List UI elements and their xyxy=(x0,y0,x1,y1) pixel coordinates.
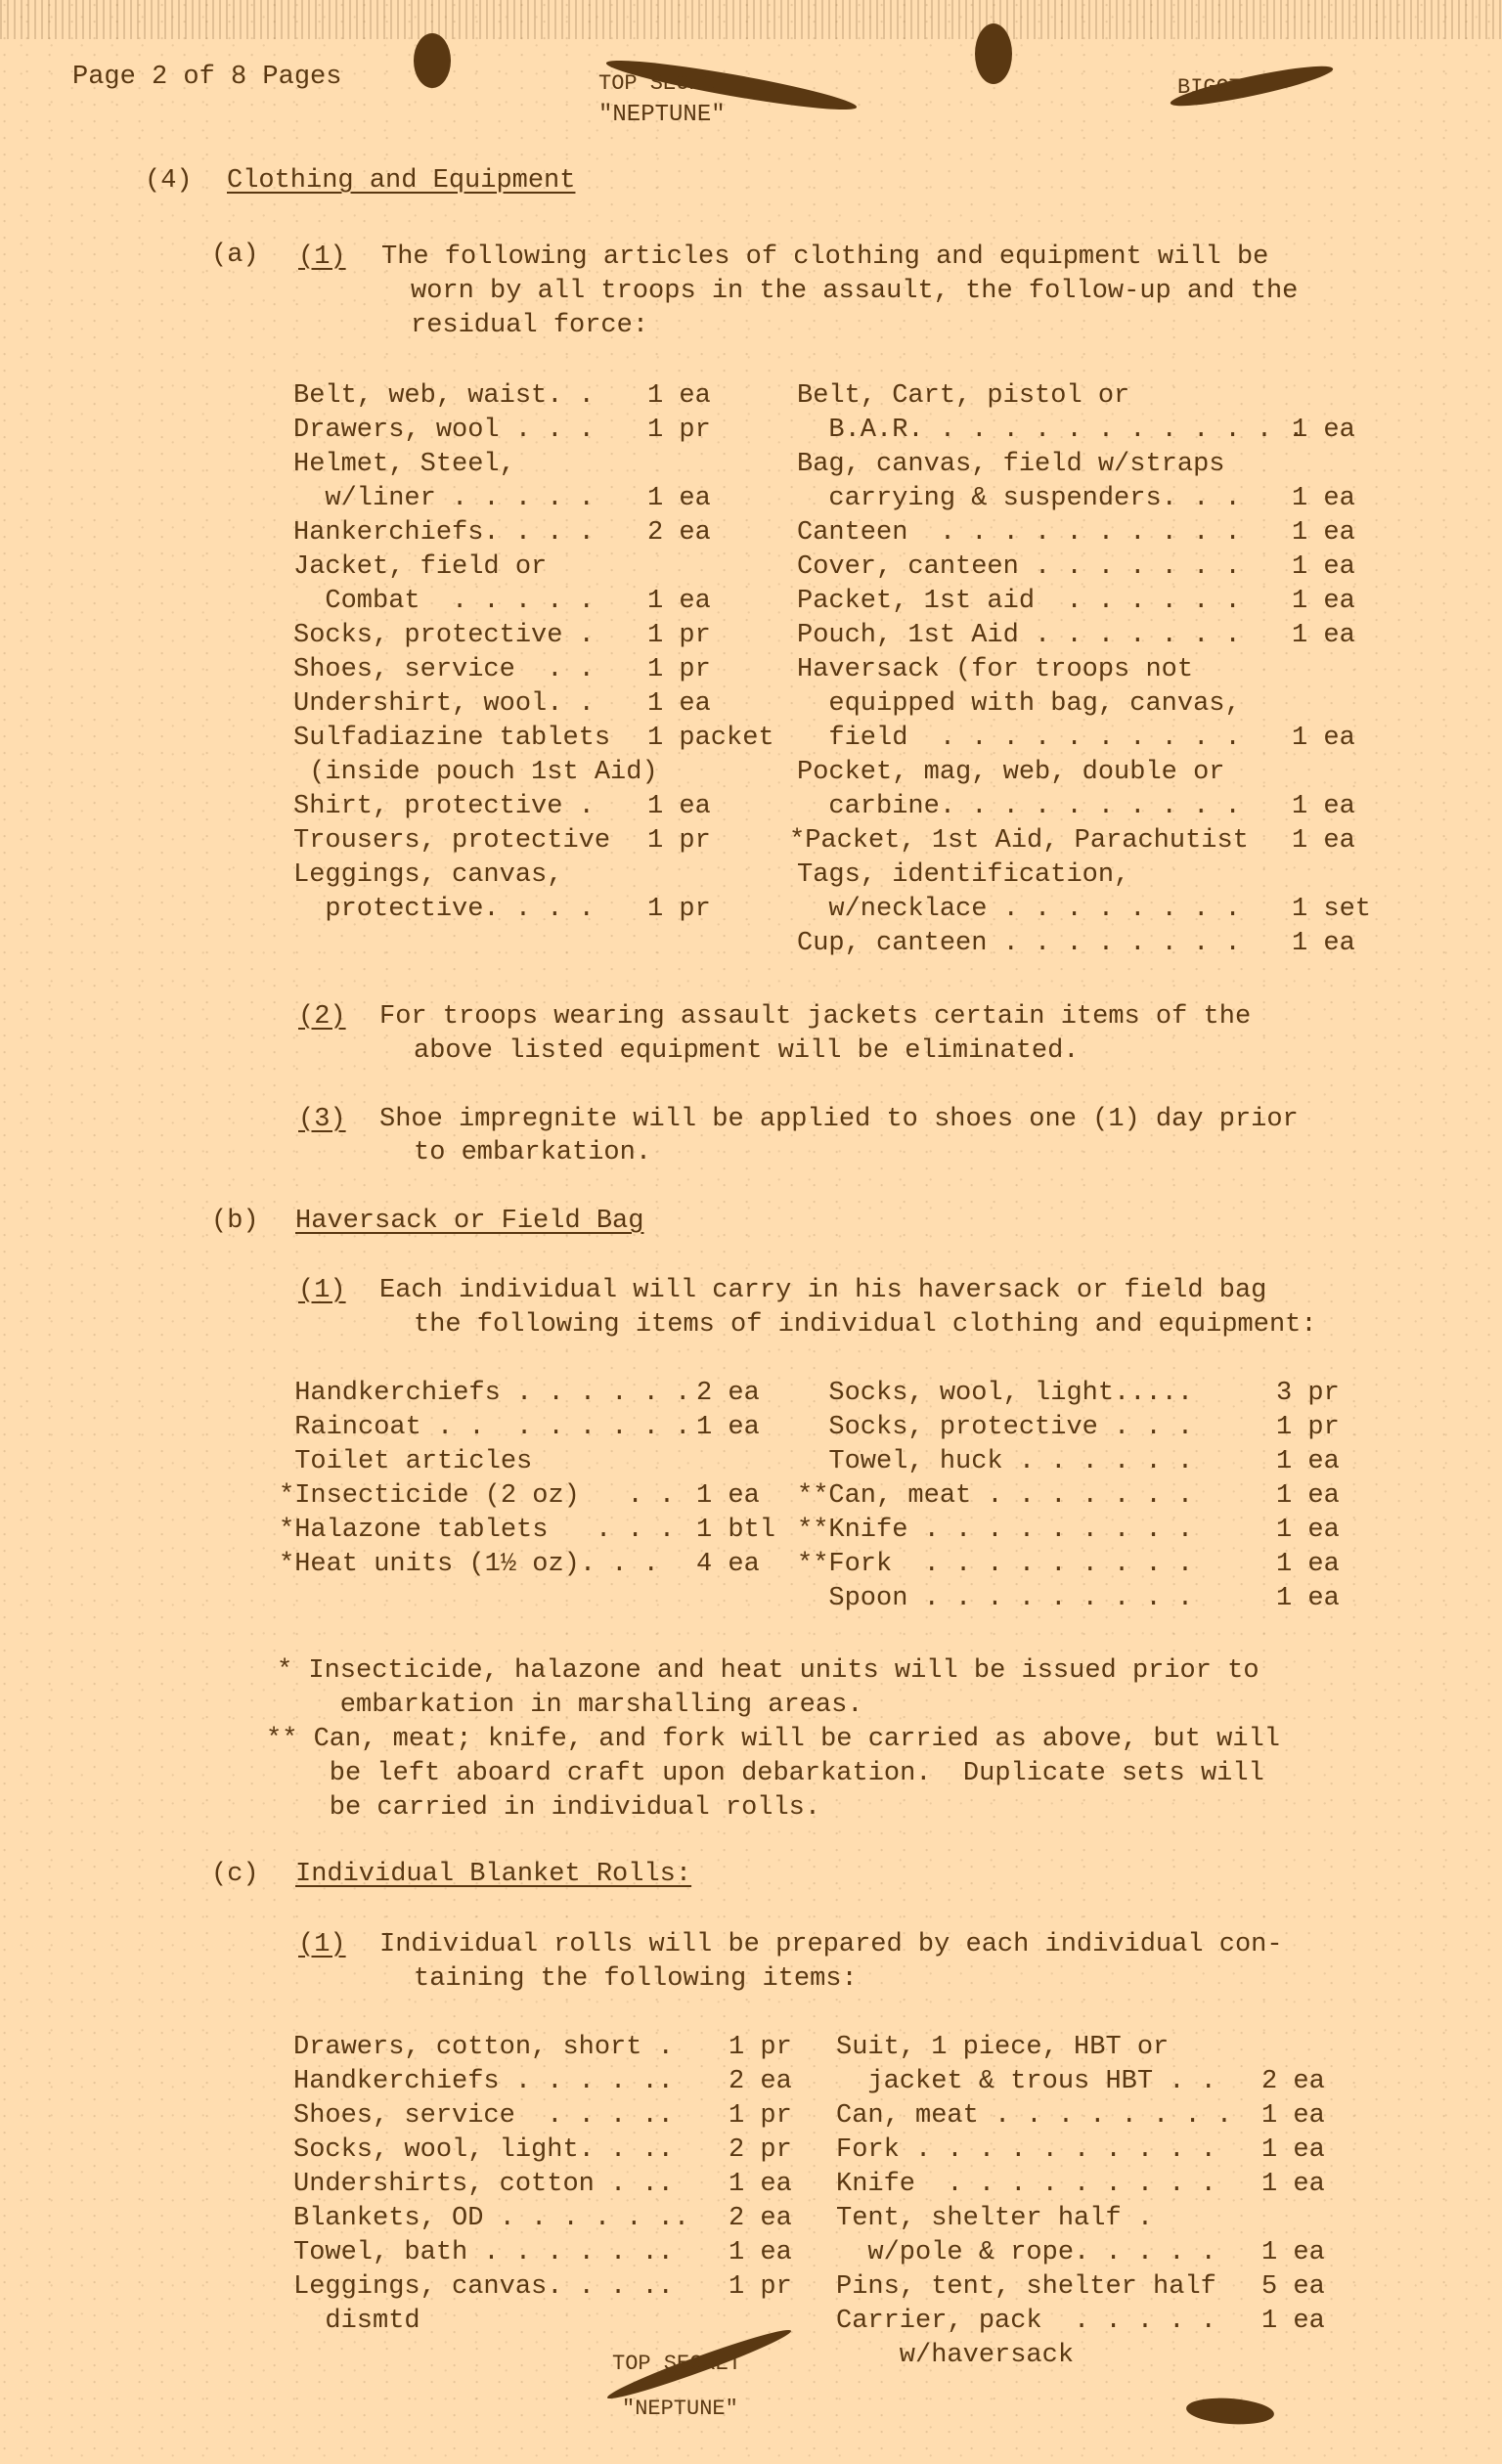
part-a-para2-line: above listed equipment will be eliminate… xyxy=(414,1034,1080,1069)
part-b-para1-number: (1) xyxy=(298,1274,346,1308)
section-title: Clothing and Equipment xyxy=(227,164,575,198)
part-a-para1-line: residual force: xyxy=(411,309,648,343)
page-number-label: Page 2 of 8 Pages xyxy=(72,61,341,95)
punch-hole-right xyxy=(975,23,1012,84)
punch-hole-left xyxy=(414,33,451,88)
part-c-title: Individual Blanket Rolls: xyxy=(295,1858,691,1892)
bigot-stamp: BIGOT xyxy=(1177,70,1242,105)
classification-header: TOP SECRET xyxy=(598,66,728,101)
part-a-para3-number: (3) xyxy=(298,1103,346,1137)
part-a-para1-line: The following articles of clothing and e… xyxy=(381,241,1268,275)
part-c-para1-line: taining the following items: xyxy=(414,1962,858,1997)
classification-footer: TOP SECRET xyxy=(612,2347,741,2381)
part-a-para2-number: (2) xyxy=(298,1000,346,1034)
part-b-para1-line: Each individual will carry in his havers… xyxy=(379,1274,1266,1308)
footnote-single-asterisk: * Insecticide, halazone and heat units w… xyxy=(277,1654,1259,1689)
part-a-para2-line: For troops wearing assault jackets certa… xyxy=(379,1000,1251,1034)
part-a-para3-line: to embarkation. xyxy=(414,1136,651,1170)
footnote-double-asterisk: be carried in individual rolls. xyxy=(266,1791,820,1826)
footnote-double-asterisk: ** Can, meat; knife, and fork will be ca… xyxy=(266,1723,1280,1757)
part-a-letter: (a) xyxy=(211,239,259,273)
section-number: (4) xyxy=(145,164,193,198)
part-c-para1-line: Individual rolls will be prepared by eac… xyxy=(379,1928,1283,1962)
part-a-para3-line: Shoe impregnite will be applied to shoes… xyxy=(379,1103,1299,1137)
part-b-letter: (b) xyxy=(211,1205,259,1239)
codename-footer: "NEPTUNE" xyxy=(622,2392,738,2426)
part-a-para1-line: worn by all troops in the assault, the f… xyxy=(411,275,1298,309)
footnote-double-asterisk: be left aboard craft upon debarkation. D… xyxy=(266,1757,1264,1791)
redaction-mark-bottom-right xyxy=(1185,2396,1275,2427)
part-b-para1-line: the following items of individual clothi… xyxy=(414,1308,1317,1342)
part-c-para1-number: (1) xyxy=(298,1928,346,1962)
top-edge-noise xyxy=(0,0,1502,39)
part-a-para1-number: (1) xyxy=(298,241,346,275)
codename-header: "NEPTUNE" xyxy=(598,98,726,132)
part-c-letter: (c) xyxy=(211,1858,259,1892)
footnote-single-asterisk: embarkation in marshalling areas. xyxy=(277,1689,863,1723)
part-b-title: Haversack or Field Bag xyxy=(295,1205,643,1239)
